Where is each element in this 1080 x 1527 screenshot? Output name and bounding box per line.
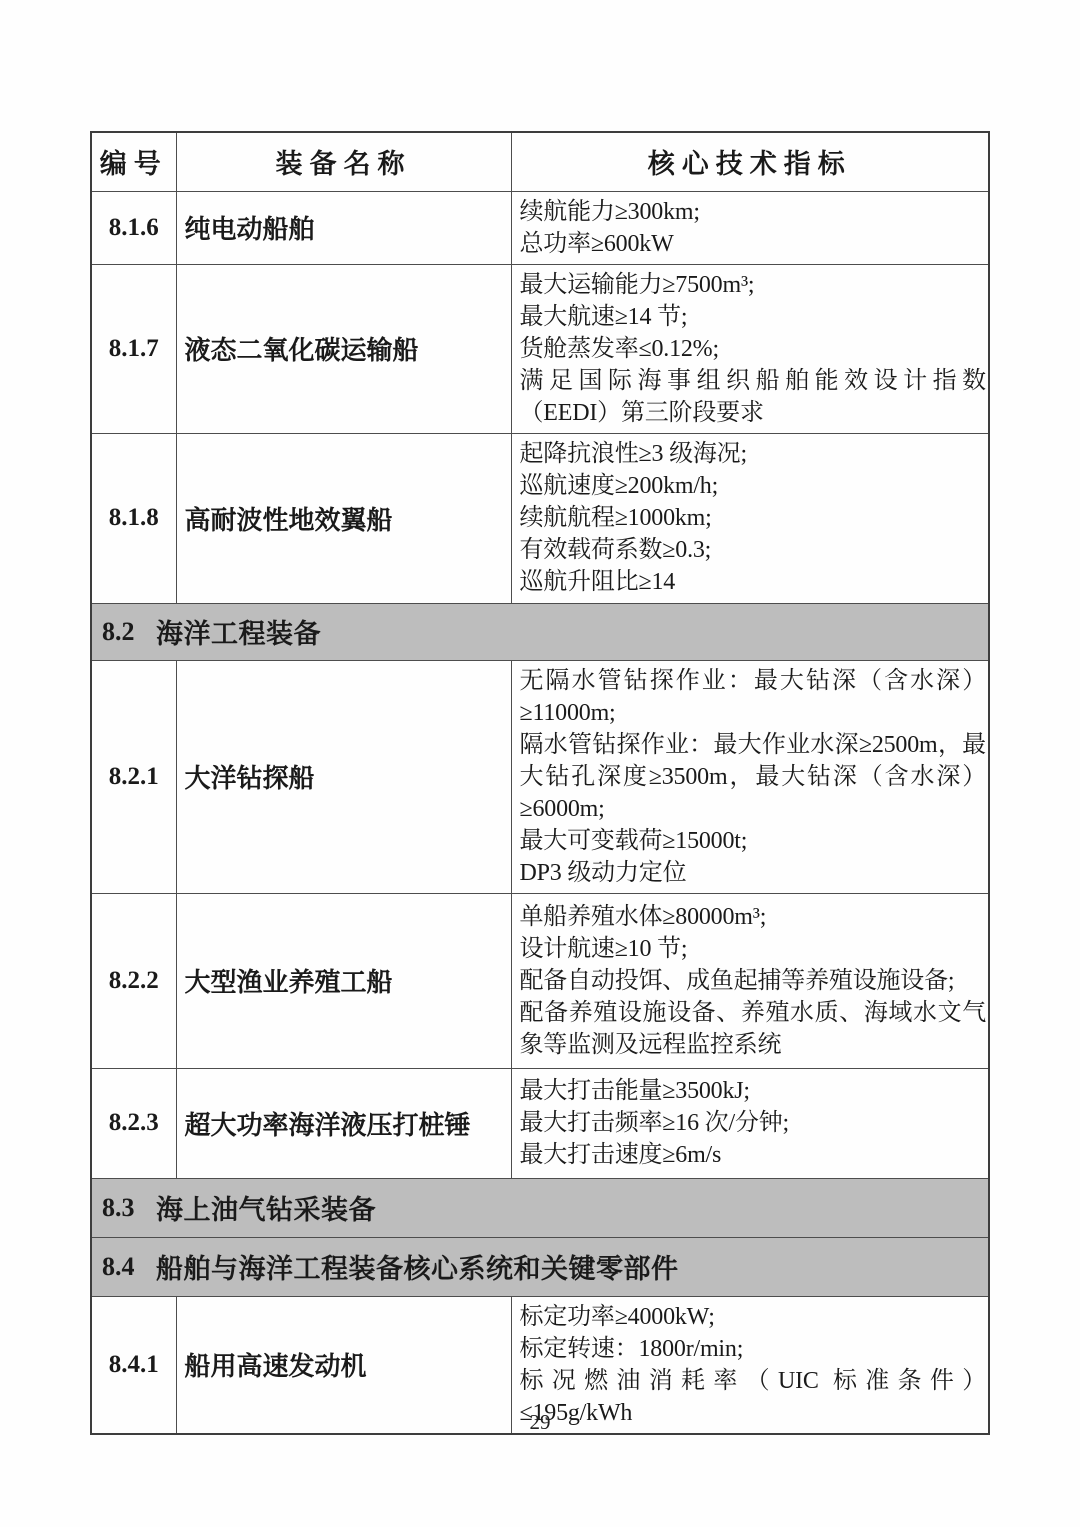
spec-text: 最大航速≥14 节; (520, 301, 987, 333)
spec-text: 有效载荷系数≥0.3; (520, 534, 987, 566)
spec-text: 配备自动投饵、成鱼起捕等养殖设施设备; (520, 965, 987, 997)
row-id: 8.2.1 (91, 660, 176, 893)
table-row: 8.1.8 高耐波性地效翼船 起降抗浪性≥3 级海况;巡航速度≥200km/h;… (91, 433, 989, 603)
spec-text: 总功率≥600kW (520, 228, 987, 260)
spec-list: 续航能力≥300km;总功率≥600kW (511, 191, 989, 264)
spec-text: 最大打击频率≥16 次/分钟; (520, 1107, 987, 1139)
equipment-name: 纯电动船舶 (176, 191, 511, 264)
spec-list: 起降抗浪性≥3 级海况;巡航速度≥200km/h;续航航程≥1000km;有效载… (511, 433, 989, 603)
table-body: 8.1.6 纯电动船舶 续航能力≥300km;总功率≥600kW 8.1.7 液… (91, 191, 989, 1434)
spec-text: 隔水管钻探作业：最大作业水深≥2500m，最大钻孔深度≥3500m，最大钻深（含… (520, 729, 987, 825)
spec-text: 最大运输能力≥7500m³; (520, 269, 987, 301)
spec-list: 最大运输能力≥7500m³;最大航速≥14 节;货舱蒸发率≤0.12%;满足国际… (511, 264, 989, 433)
spec-text: 满足国际海事组织船舶能效设计指数（EEDI）第三阶段要求 (520, 365, 987, 429)
equipment-name: 大型渔业养殖工船 (176, 893, 511, 1068)
section-header-cell: 8.3海上油气钻采装备 (91, 1178, 989, 1237)
table-row: 8.1.6 纯电动船舶 续航能力≥300km;总功率≥600kW (91, 191, 989, 264)
equipment-name: 液态二氧化碳运输船 (176, 264, 511, 433)
table-row: 8.2.3 超大功率海洋液压打桩锤 最大打击能量≥3500kJ;最大打击频率≥1… (91, 1068, 989, 1178)
document-page: 编号 装备名称 核心技术指标 8.1.6 纯电动船舶 续航能力≥300km;总功… (0, 0, 1080, 1527)
row-id: 8.1.6 (91, 191, 176, 264)
spec-text: 巡航速度≥200km/h; (520, 470, 987, 502)
equipment-name: 高耐波性地效翼船 (176, 433, 511, 603)
section-header-row: 8.4船舶与海洋工程装备核心系统和关键零部件 (91, 1237, 989, 1296)
section-id: 8.3 (102, 1193, 156, 1223)
section-header-row: 8.2海洋工程装备 (91, 603, 989, 660)
section-name: 船舶与海洋工程装备核心系统和关键零部件 (156, 1247, 679, 1286)
spec-text: 最大打击能量≥3500kJ; (520, 1075, 987, 1107)
row-id: 8.1.8 (91, 433, 176, 603)
section-name: 海上油气钻采装备 (156, 1188, 376, 1227)
spec-text: 标定转速：1800r/min; (520, 1333, 987, 1365)
spec-text: 设计航速≥10 节; (520, 933, 987, 965)
table-row: 8.1.7 液态二氧化碳运输船 最大运输能力≥7500m³;最大航速≥14 节;… (91, 264, 989, 433)
spec-text: 起降抗浪性≥3 级海况; (520, 438, 987, 470)
column-header-id: 编号 (91, 132, 176, 191)
spec-list: 单船养殖水体≥80000m³;设计航速≥10 节;配备自动投饵、成鱼起捕等养殖设… (511, 893, 989, 1068)
spec-list: 无隔水管钻探作业：最大钻深（含水深）≥11000m;隔水管钻探作业：最大作业水深… (511, 660, 989, 893)
row-id: 8.2.2 (91, 893, 176, 1068)
spec-text: 配备养殖设施设备、养殖水质、海域水文气象等监测及远程监控系统 (520, 997, 987, 1061)
spec-text: 续航能力≥300km; (520, 196, 987, 228)
spec-text: 巡航升阻比≥14 (520, 566, 987, 598)
table-header-row: 编号 装备名称 核心技术指标 (91, 132, 989, 191)
section-id: 8.4 (102, 1252, 156, 1282)
section-header-cell: 8.2海洋工程装备 (91, 603, 989, 660)
equipment-name: 大洋钻探船 (176, 660, 511, 893)
spec-text: 无隔水管钻探作业：最大钻深（含水深）≥11000m; (520, 665, 987, 729)
row-id: 8.1.7 (91, 264, 176, 433)
spec-text: 续航航程≥1000km; (520, 502, 987, 534)
spec-text: 标定功率≥4000kW; (520, 1301, 987, 1333)
table-row: 8.2.2 大型渔业养殖工船 单船养殖水体≥80000m³;设计航速≥10 节;… (91, 893, 989, 1068)
equipment-name: 超大功率海洋液压打桩锤 (176, 1068, 511, 1178)
spec-text: 最大可变载荷≥15000t; (520, 825, 987, 857)
section-header-row: 8.3海上油气钻采装备 (91, 1178, 989, 1237)
spec-list: 最大打击能量≥3500kJ;最大打击频率≥16 次/分钟;最大打击速度≥6m/s (511, 1068, 989, 1178)
table-row: 8.2.1 大洋钻探船 无隔水管钻探作业：最大钻深（含水深）≥11000m;隔水… (91, 660, 989, 893)
section-header-cell: 8.4船舶与海洋工程装备核心系统和关键零部件 (91, 1237, 989, 1296)
page-number: 29 (0, 1410, 1080, 1435)
section-id: 8.2 (102, 617, 156, 647)
spec-text: DP3 级动力定位 (520, 857, 987, 889)
row-id: 8.2.3 (91, 1068, 176, 1178)
column-header-name: 装备名称 (176, 132, 511, 191)
equipment-spec-table: 编号 装备名称 核心技术指标 8.1.6 纯电动船舶 续航能力≥300km;总功… (90, 131, 990, 1435)
spec-text: 单船养殖水体≥80000m³; (520, 901, 987, 933)
spec-text: 货舱蒸发率≤0.12%; (520, 333, 987, 365)
column-header-specs: 核心技术指标 (511, 132, 989, 191)
spec-text: 最大打击速度≥6m/s (520, 1139, 987, 1171)
section-name: 海洋工程装备 (156, 612, 321, 651)
